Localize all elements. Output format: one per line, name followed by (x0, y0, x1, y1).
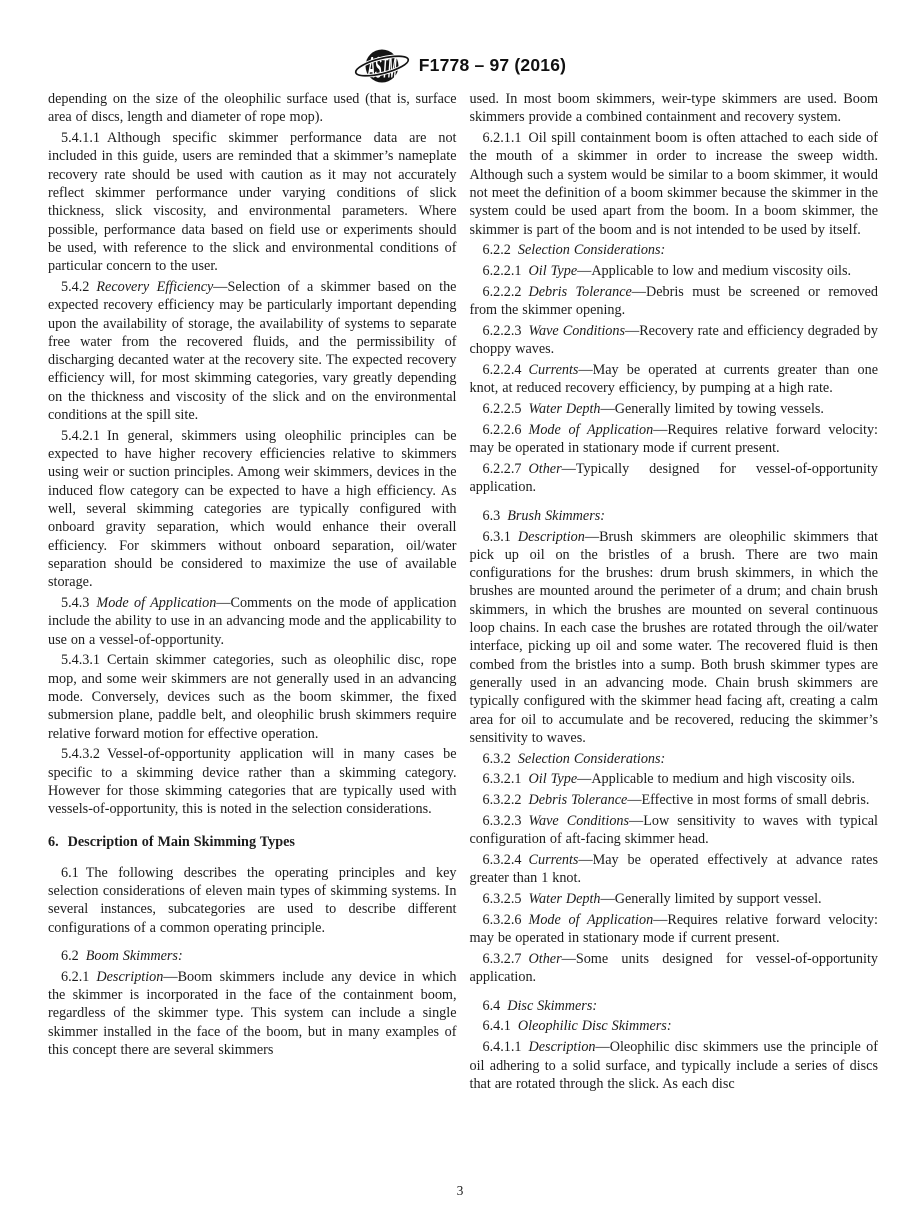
section-term: Water Depth (529, 401, 601, 417)
paragraph-6.4: 6.4Disc Skimmers: (470, 997, 879, 1015)
section-term: Wave Conditions (529, 813, 630, 829)
paragraph-text: used. In most boom skimmers, weir-type s… (470, 91, 879, 125)
paragraph-5.4.3: 5.4.3Mode of Application—Comments on the… (48, 594, 457, 649)
section-number: 5.4.2.1 (61, 428, 100, 444)
text-columns: depending on the size of the oleophilic … (48, 90, 878, 1096)
paragraph-text: —Generally limited by towing vessels. (601, 401, 824, 417)
paragraph-6.2.2.4: 6.2.2.4Currents—May be operated at curre… (470, 361, 879, 398)
section-number: 6.2.2.5 (483, 401, 522, 417)
section-term: Oleophilic Disc Skimmers: (518, 1018, 672, 1034)
section-term: Mode of Application (96, 595, 216, 611)
paragraph-6.4.1.1: 6.4.1.1Description—Oleophilic disc skimm… (470, 1038, 879, 1093)
paragraph-5.4.1.1: 5.4.1.1Although specific skimmer perform… (48, 129, 457, 275)
section-number: 6.3 (483, 508, 501, 524)
paragraph-5.4.2: 5.4.2Recovery Efficiency—Selection of a … (48, 278, 457, 424)
paragraph-text: depending on the size of the oleophilic … (48, 91, 457, 125)
section-number: 6.2.1.1 (483, 130, 522, 146)
paragraph-6.3.2: 6.3.2Selection Considerations: (470, 750, 879, 768)
section-term: Other (529, 461, 562, 477)
paragraph-6.3: 6.3Brush Skimmers: (470, 507, 879, 525)
paragraph-6.2.1: 6.2.1Description—Boom skimmers include a… (48, 968, 457, 1059)
paragraph-6.2.2.1: 6.2.2.1Oil Type—Applicable to low and me… (470, 262, 879, 280)
standard-designation: F1778 – 97 (2016) (419, 55, 566, 76)
paragraph-text: —Brush skimmers are oleophilic skimmers … (470, 529, 879, 746)
section-number: 6.1 (61, 865, 79, 881)
section-number: 6.3.2.4 (483, 852, 522, 868)
section-number: 6.4 (483, 998, 501, 1014)
left-column: depending on the size of the oleophilic … (48, 90, 457, 1096)
section-term: Description (518, 529, 585, 545)
section-number: 6.2.1 (61, 969, 89, 985)
paragraph-6.2.2.5: 6.2.2.5Water Depth—Generally limited by … (470, 400, 879, 418)
paragraph-6.3.2.5: 6.3.2.5Water Depth—Generally limited by … (470, 890, 879, 908)
paragraph-6.2.2.6: 6.2.2.6Mode of Application—Requires rela… (470, 421, 879, 458)
section-term: Oil Type (529, 263, 578, 279)
paragraph-text: —Applicable to medium and high viscosity… (577, 771, 855, 787)
page-footer: 3 (0, 1183, 920, 1199)
section-term: Mode of Application (529, 912, 654, 928)
section-number: 6.4.1 (483, 1018, 511, 1034)
section-term: Currents (529, 852, 579, 868)
paragraph-6.2: 6.2Boom Skimmers: (48, 947, 457, 965)
section-number: 6.3.2.3 (483, 813, 522, 829)
section-number: 6.2.2 (483, 242, 511, 258)
paragraph-text: —Generally limited by support vessel. (601, 891, 822, 907)
section-number: 6.2.2.2 (483, 284, 522, 300)
section-term: Brush Skimmers: (507, 508, 605, 524)
astm-logo-icon: ASTM (354, 45, 410, 87)
section-number: 6.2.2.7 (483, 461, 522, 477)
paragraph-6.: 6.Description of Main Skimming Types (48, 833, 457, 851)
paragraph-6.2.1.1: 6.2.1.1Oil spill containment boom is oft… (470, 129, 879, 239)
section-number: 6.3.2.7 (483, 951, 522, 967)
paragraph-continuation: depending on the size of the oleophilic … (48, 90, 457, 127)
section-term: Selection Considerations: (518, 751, 665, 767)
paragraph-text: The following describes the operating pr… (48, 865, 457, 936)
section-term: Currents (529, 362, 579, 378)
section-term: Disc Skimmers: (507, 998, 597, 1014)
paragraph-6.3.2.3: 6.3.2.3Wave Conditions—Low sensitivity t… (470, 812, 879, 849)
paragraph-text: —Applicable to low and medium viscosity … (577, 263, 851, 279)
paragraph-5.4.3.2: 5.4.3.2Vessel-of-opportunity application… (48, 745, 457, 818)
paragraph-6.3.2.1: 6.3.2.1Oil Type—Applicable to medium and… (470, 770, 879, 788)
paragraph-6.2.2: 6.2.2Selection Considerations: (470, 241, 879, 259)
section-term: Mode of Application (529, 422, 654, 438)
paragraph-text: —Effective in most forms of small debris… (627, 792, 869, 808)
section-number: 6.3.2.1 (483, 771, 522, 787)
section-term: Description (96, 969, 163, 985)
section-number: 6.3.2.5 (483, 891, 522, 907)
section-term: Boom Skimmers: (86, 948, 183, 964)
section-number: 5.4.3.1 (61, 652, 100, 668)
section-number: 5.4.2 (61, 279, 89, 295)
section-term: Oil Type (529, 771, 578, 787)
paragraph-6.3.2.4: 6.3.2.4Currents—May be operated effectiv… (470, 851, 879, 888)
section-number: 6.2.2.4 (483, 362, 522, 378)
paragraph-5.4.3.1: 5.4.3.1Certain skimmer categories, such … (48, 651, 457, 742)
section-number: 5.4.1.1 (61, 130, 100, 146)
section-term: Recovery Efficiency (96, 279, 213, 295)
section-term: Description (529, 1039, 596, 1055)
section-number: 6.2 (61, 948, 79, 964)
paragraph-6.3.2.2: 6.3.2.2Debris Tolerance—Effective in mos… (470, 791, 879, 809)
paragraph-6.2.2.7: 6.2.2.7Other—Typically designed for vess… (470, 460, 879, 497)
paragraph-text: Vessel-of-opportunity application will i… (48, 746, 457, 817)
right-column: used. In most boom skimmers, weir-type s… (470, 90, 879, 1096)
section-number: 5.4.3.2 (61, 746, 100, 762)
section-number: 6.3.2 (483, 751, 511, 767)
section-number: 5.4.3 (61, 595, 89, 611)
section-number: 6.2.2.6 (483, 422, 522, 438)
document-header: ASTM F1778 – 97 (2016) (0, 0, 920, 86)
paragraph-6.2.2.3: 6.2.2.3Wave Conditions—Recovery rate and… (470, 322, 879, 359)
section-number: 6.3.1 (483, 529, 511, 545)
paragraph-6.1: 6.1The following describes the operating… (48, 864, 457, 937)
paragraph-continuation: used. In most boom skimmers, weir-type s… (470, 90, 879, 127)
section-term: Water Depth (529, 891, 601, 907)
paragraph-text: Oil spill containment boom is often atta… (470, 130, 879, 237)
section-term: Other (529, 951, 562, 967)
section-number: 6.2.2.1 (483, 263, 522, 279)
section-term: Wave Conditions (529, 323, 626, 339)
paragraph-6.2.2.2: 6.2.2.2Debris Tolerance—Debris must be s… (470, 283, 879, 320)
section-number: 6.3.2.2 (483, 792, 522, 808)
paragraph-5.4.2.1: 5.4.2.1In general, skimmers using oleoph… (48, 427, 457, 592)
paragraph-6.3.2.7: 6.3.2.7Other—Some units designed for ves… (470, 950, 879, 987)
section-number: 6. (48, 834, 59, 850)
paragraph-text: In general, skimmers using oleophilic pr… (48, 428, 457, 590)
paragraph-6.4.1: 6.4.1Oleophilic Disc Skimmers: (470, 1017, 879, 1035)
document-page: ASTM F1778 – 97 (2016) depending on the … (0, 0, 920, 1232)
section-term: Debris Tolerance (529, 284, 632, 300)
paragraph-text: Certain skimmer categories, such as oleo… (48, 652, 457, 741)
paragraph-text: Description of Main Skimming Types (68, 834, 295, 850)
section-number: 6.3.2.6 (483, 912, 522, 928)
section-term: Selection Considerations: (518, 242, 665, 258)
section-number: 6.4.1.1 (483, 1039, 522, 1055)
page-number: 3 (457, 1183, 464, 1198)
section-number: 6.2.2.3 (483, 323, 522, 339)
paragraph-6.3.1: 6.3.1Description—Brush skimmers are oleo… (470, 528, 879, 748)
paragraph-text: Although specific skimmer performance da… (48, 130, 457, 274)
paragraph-6.3.2.6: 6.3.2.6Mode of Application—Requires rela… (470, 911, 879, 948)
paragraph-text: —Selection of a skimmer based on the exp… (48, 279, 457, 423)
section-term: Debris Tolerance (529, 792, 628, 808)
